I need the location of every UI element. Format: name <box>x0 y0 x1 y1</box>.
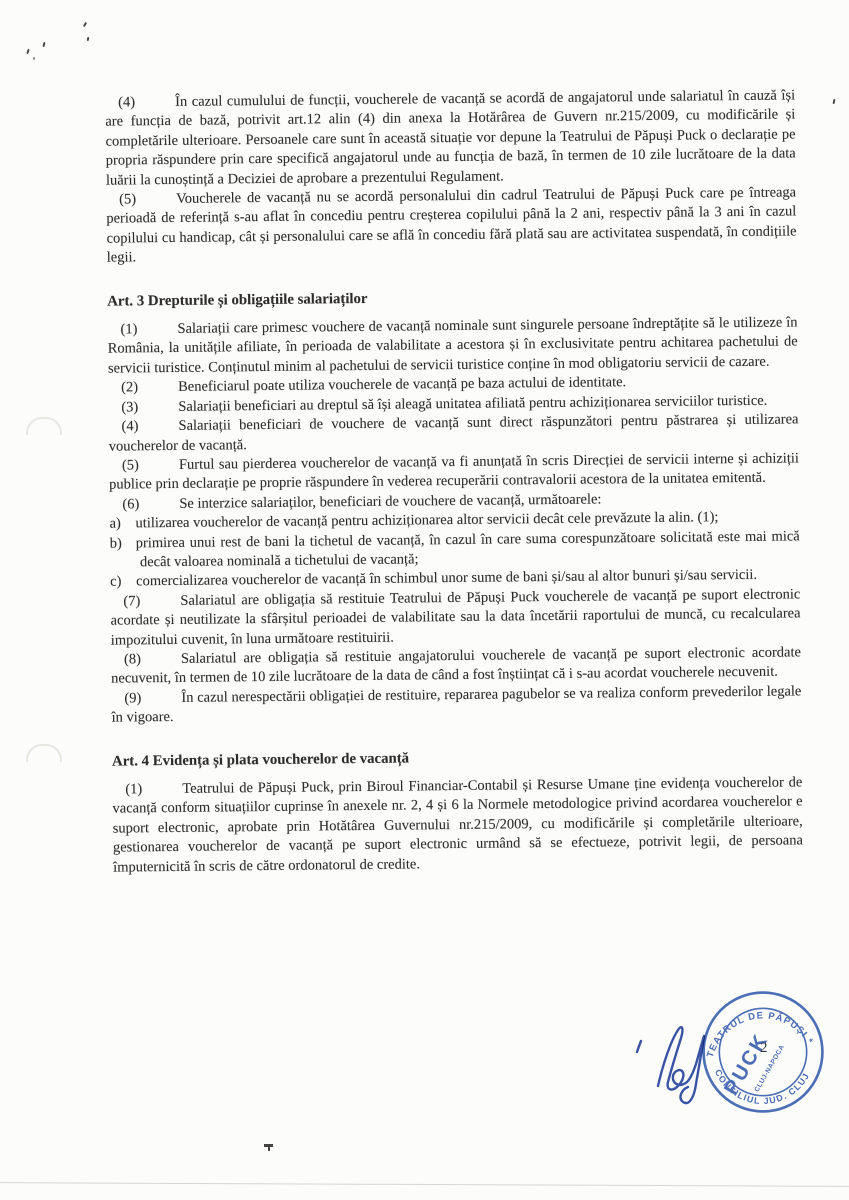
paragraph-marker: (1) <box>120 320 177 340</box>
paragraph-text: Voucherele de vacanță nu se acordă perso… <box>106 184 796 265</box>
paragraph-marker: (8) <box>124 650 181 670</box>
paragraph-marker: (7) <box>123 592 180 612</box>
page-number: 2 <box>760 1040 776 1057</box>
paragraph-text: Salariatul are obligația să restituie Te… <box>110 586 800 648</box>
paragraph: (9)În cazul nerespectării obligației de … <box>111 682 801 728</box>
paragraph-text: primirea unui rest de bani la tichetul d… <box>136 528 800 570</box>
letter-marker: b) <box>110 534 136 554</box>
paragraph-text: Beneficiarul poate utiliza voucherele de… <box>178 374 626 395</box>
paragraph-marker: (4) <box>118 93 175 113</box>
scan-edge-line <box>0 1182 849 1187</box>
paragraph-marker: (5) <box>122 456 179 476</box>
ink-speck <box>26 49 30 54</box>
paragraph-text: Salariatul are obligația să restituie an… <box>111 644 801 687</box>
punch-hole-arc <box>26 417 62 435</box>
paragraph-marker: (3) <box>121 398 178 418</box>
signature-main-stroke <box>658 1027 704 1103</box>
paragraph-text: Salariații beneficiari de vouchere de va… <box>109 411 799 454</box>
ink-speck <box>87 37 90 41</box>
paragraph-marker: (5) <box>119 190 176 210</box>
paragraph-text: În cazul cumulului de funcții, voucherel… <box>105 87 796 188</box>
paragraph: (1)Teatrului de Păpuși Puck, prin Biroul… <box>112 773 803 877</box>
paragraph-text: În cazul nerespectării obligației de res… <box>111 683 801 726</box>
article-3-heading: Art. 3 Drepturile și obligațiile salaria… <box>107 285 797 312</box>
paragraph-marker: (6) <box>122 495 179 515</box>
ink-speck <box>833 99 836 104</box>
paragraph-marker: (2) <box>121 378 178 398</box>
paragraph-marker: (9) <box>124 689 181 709</box>
paragraph-5-intro: (5)Voucherele de vacanță nu se acordă pe… <box>106 183 797 268</box>
scanned-document-page: (4)În cazul cumulului de funcții, vouche… <box>0 0 849 1200</box>
scan-artifact-mark <box>264 1144 273 1147</box>
document-body: (4)În cazul cumulului de funcții, vouche… <box>105 86 803 877</box>
punch-hole-arc <box>26 744 62 762</box>
paragraph: (1)Salariații care primesc vouchere de v… <box>107 313 798 378</box>
paragraph-4-intro: (4)În cazul cumulului de funcții, vouche… <box>105 86 796 190</box>
paragraph-text: Salariații care primesc vouchere de vaca… <box>108 314 798 376</box>
paragraph-text: Se interzice salariaților, beneficiari d… <box>179 491 601 511</box>
paragraph: (5)Furtul sau pierderea voucherelor de v… <box>109 449 799 495</box>
signature-tick <box>637 1041 641 1052</box>
paragraph-marker: (4) <box>121 417 178 437</box>
letter-marker: c) <box>110 573 136 593</box>
ink-speck <box>83 22 87 27</box>
paragraph: (7)Salariatul are obligația să restituie… <box>110 585 801 650</box>
article-4-heading: Art. 4 Evidența și plata voucherelor de … <box>112 745 802 772</box>
paragraph-text: Teatrului de Păpuși Puck, prin Biroul Fi… <box>112 774 803 875</box>
ink-speck <box>42 42 45 47</box>
letter-marker: a) <box>109 514 135 534</box>
ink-speck <box>33 57 35 60</box>
paragraph-marker: (1) <box>125 780 182 800</box>
paragraph-text: Furtul sau pierderea voucherelor de vaca… <box>109 450 799 493</box>
